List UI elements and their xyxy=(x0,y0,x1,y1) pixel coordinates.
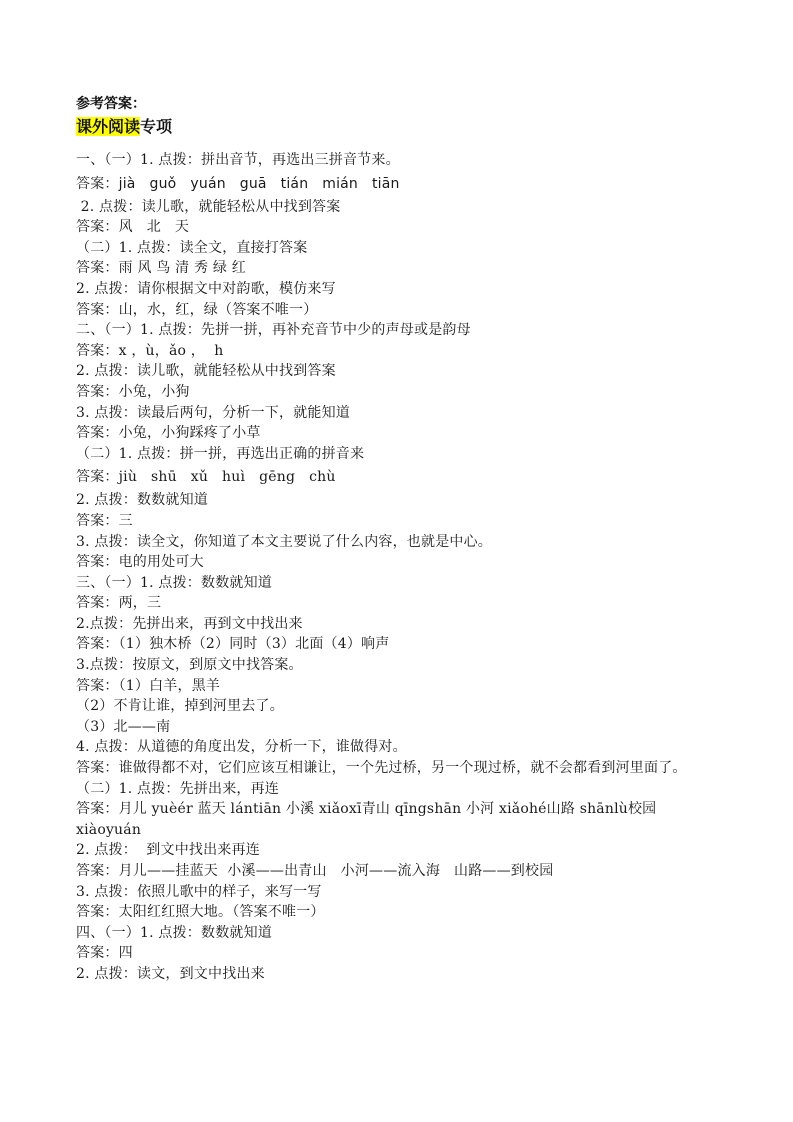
q2-b1-hint: （二）1. 点拨：拼一拼，再选出正确的拼音来 xyxy=(76,444,736,465)
pinyin-answer: jiù shū xǔ huì gēng chù xyxy=(119,469,336,485)
q1-b2-hint: 2. 点拨：请你根据文中对韵歌，模仿来写 xyxy=(76,279,736,300)
section-title: 课外阅读专项 xyxy=(76,116,736,140)
q1-b1-hint: （二）1. 点拨：读全文，直接打答案 xyxy=(76,238,736,259)
q4-2-hint: 2. 点拨：读文，到文中找出来 xyxy=(76,964,736,985)
q2-b3-answer: 答案：电的用处可大 xyxy=(76,552,736,573)
answer-document: 参考答案： 课外阅读专项 一、（一）1. 点拨：拼出音节，再选出三拼音节来。 答… xyxy=(76,94,736,985)
pinyin-answer: jià guǒ yuán guā tián mián tiān xyxy=(119,176,400,192)
q3-3-answer-2: （2）不肯让谁，掉到河里去了。 xyxy=(76,696,736,717)
q2-b2-answer: 答案：三 xyxy=(76,511,736,532)
q3-b3-hint: 3. 点拨：依照儿歌中的样子，来写一写 xyxy=(76,882,736,903)
q3-3-answer-1: 答案：（1）白羊，黑羊 xyxy=(76,676,736,697)
q3-b2-hint: 2. 点拨： 到文中找出来再连 xyxy=(76,840,736,861)
q3-b3-answer: 答案：太阳红红照大地。（答案不唯一） xyxy=(76,902,736,923)
q4-1-hint: 四、（一）1. 点拨：数数就知道 xyxy=(76,923,736,944)
q1-b1-answer: 答案：雨 风 鸟 清 秀 绿 红 xyxy=(76,258,736,279)
section-title-highlighted: 课外阅读 xyxy=(76,117,140,136)
reference-answers-label: 参考答案： xyxy=(76,94,736,114)
answer-label: 答案： xyxy=(76,176,119,192)
q3-b2-answer: 答案：月儿——挂蓝天 小溪——出青山 小河——流入海 山路——到校园 xyxy=(76,861,736,882)
q1-2-hint: 2. 点拨：读儿歌，就能轻松从中找到答案 xyxy=(76,197,736,218)
q4-1-answer: 答案：四 xyxy=(76,943,736,964)
q2-1-answer: 答案：x ，ù，ǎo ， h xyxy=(76,341,736,362)
q2-b3-hint: 3. 点拨：读全文，你知道了本文主要说了什么内容，也就是中心。 xyxy=(76,532,736,553)
q3-1-answer: 答案：两，三 xyxy=(76,593,736,614)
q1-1-answer: 答案：jià guǒ yuán guā tián mián tiān xyxy=(76,171,736,197)
q2-2-hint: 2. 点拨：读儿歌，就能轻松从中找到答案 xyxy=(76,361,736,382)
q2-b2-hint: 2. 点拨：数数就知道 xyxy=(76,490,736,511)
q3-4-hint: 4. 点拨：从道德的角度出发，分析一下，谁做得对。 xyxy=(76,737,736,758)
q3-4-answer: 答案：谁做得都不对，它们应该互相谦让，一个先过桥，另一个现过桥，就不会都看到河里… xyxy=(76,758,726,779)
q3-b1-hint: （二）1. 点拨：先拼出来，再连 xyxy=(76,779,736,800)
q2-2-answer: 答案：小兔，小狗 xyxy=(76,382,736,403)
q3-3-hint: 3.点拨：按原文，到原文中找答案。 xyxy=(76,655,736,676)
q3-2-hint: 2.点拨：先拼出来，再到文中找出来 xyxy=(76,614,736,635)
q2-b1-answer: 答案：jiù shū xǔ huì gēng chù xyxy=(76,464,736,490)
q1-2-answer: 答案：风 北 天 xyxy=(76,217,736,238)
q3-b1-answer: 答案：月儿 yuèér 蓝天 lántiān 小溪 xiǎoxī青山 qīngs… xyxy=(76,799,726,840)
q2-3-answer: 答案：小兔，小狗踩疼了小草 xyxy=(76,423,736,444)
q2-1-hint: 二、（一）1. 点拨：先拼一拼，再补充音节中少的声母或是韵母 xyxy=(76,320,736,341)
q3-2-answer: 答案：（1）独木桥（2）同时（3）北面（4）响声 xyxy=(76,634,736,655)
q1-1-hint: 一、（一）1. 点拨：拼出音节，再选出三拼音节来。 xyxy=(76,150,736,171)
q2-3-hint: 3. 点拨：读最后两句，分析一下，就能知道 xyxy=(76,403,736,424)
q3-1-hint: 三、（一）1. 点拨：数数就知道 xyxy=(76,573,736,594)
section-title-rest: 专项 xyxy=(140,117,172,136)
q3-3-answer-3: （3）北——南 xyxy=(76,717,736,738)
q1-b2-answer: 答案：山，水，红，绿（答案不唯一） xyxy=(76,300,736,321)
answer-label: 答案： xyxy=(76,469,119,485)
